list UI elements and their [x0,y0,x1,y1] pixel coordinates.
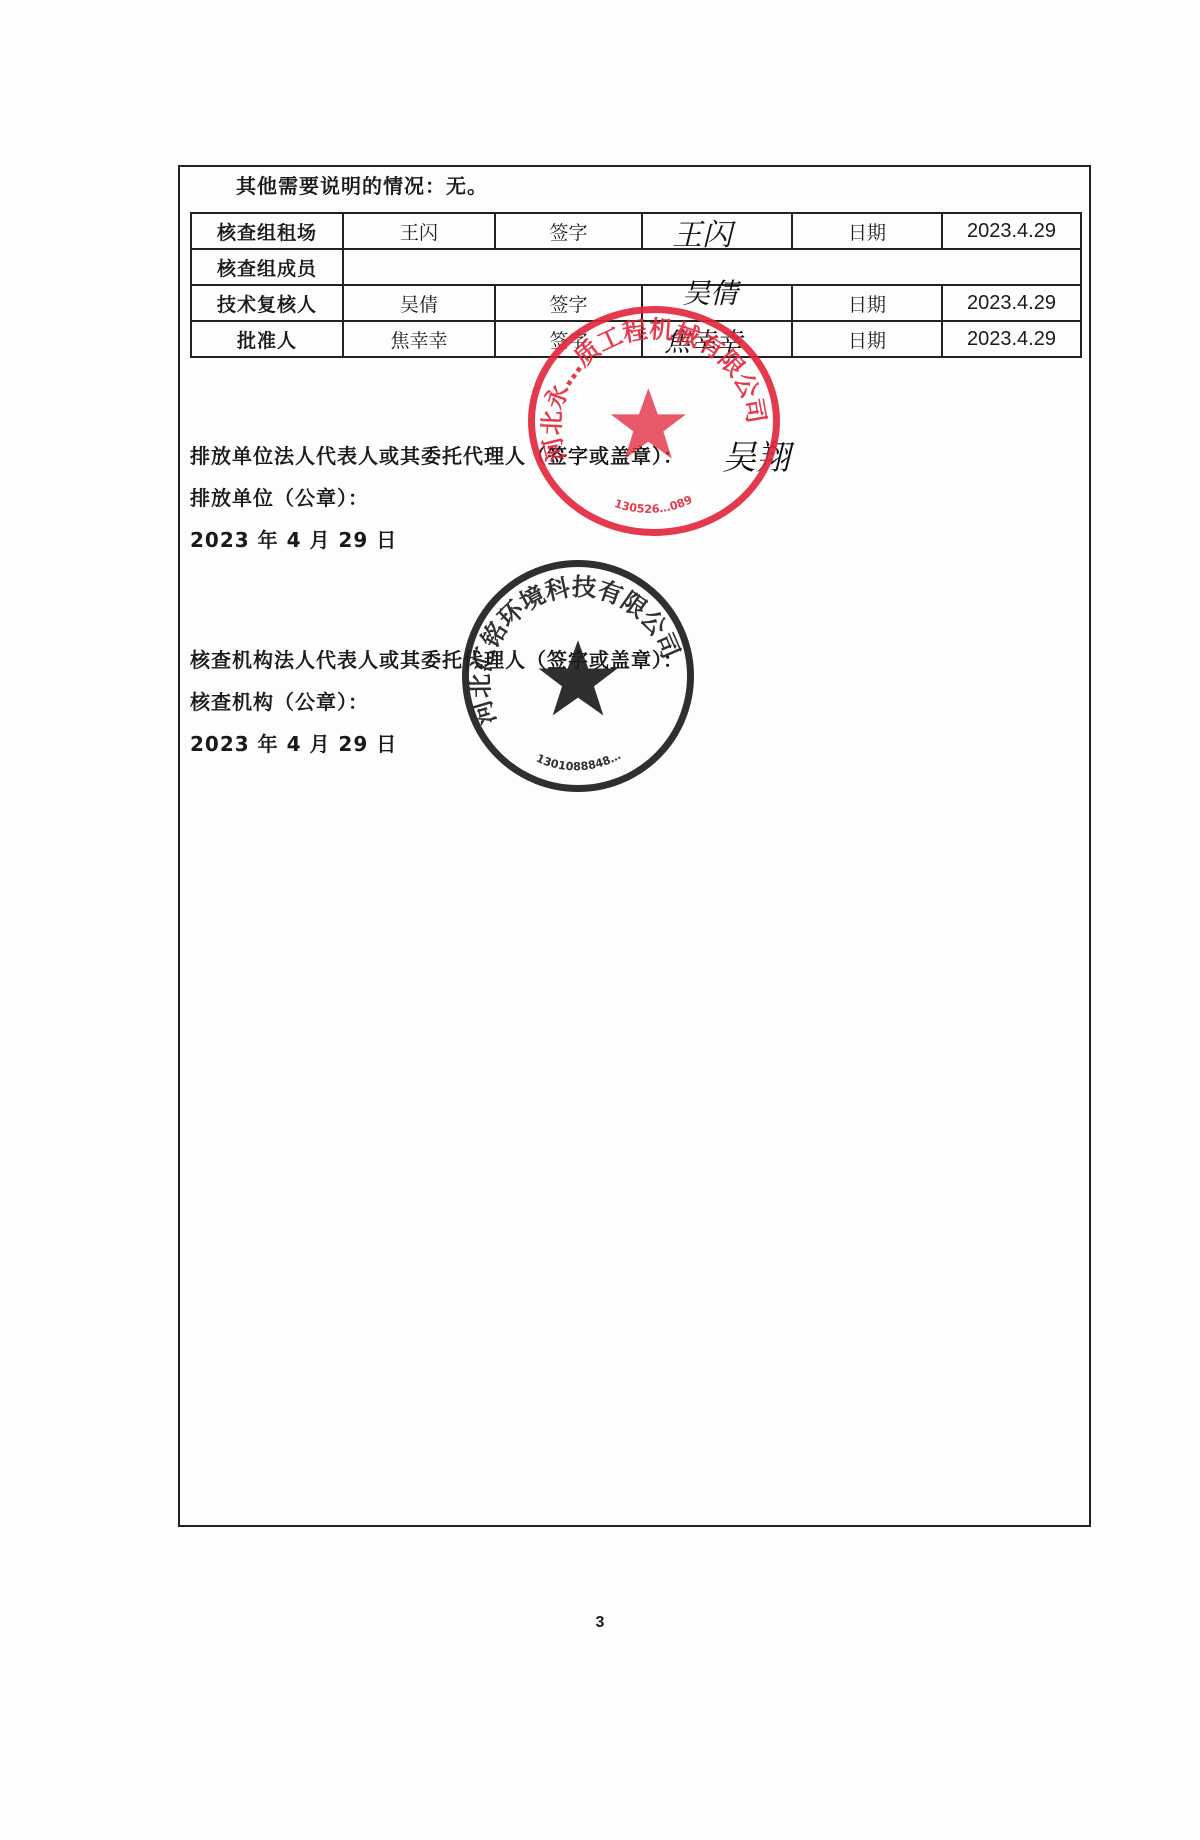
svg-text:130526…089: 130526…089 [613,493,695,516]
stamp-code: 130526…089 [613,493,695,516]
name-cell: 吴倩 [343,285,495,321]
role-cell: 核查组成员 [191,249,343,285]
stamp-code: 1301088848… [534,749,623,773]
emitter-seal-label: 排放单位（公章）： [190,482,369,511]
other-notes: 其他需要说明的情况：无。 [236,170,488,199]
verifier-seal-label: 核查机构（公章）： [190,686,369,715]
date-label: 日期 [792,285,942,321]
date-cell: 2023.4.29 [942,213,1081,249]
verifier-date: 2023 年 4 月 29 日 [190,728,397,757]
star-icon: 河北永…质工程机械有限公司 130526…089 [535,313,773,529]
role-cell: 批准人 [191,321,343,357]
role-cell: 核查组租场 [191,213,343,249]
date-label: 日期 [792,321,942,357]
page-number: 3 [0,1614,1200,1632]
date-cell: 2023.4.29 [942,285,1081,321]
svg-text:1301088848…: 1301088848… [534,749,623,773]
handwritten-signature: 王闪 [672,210,732,254]
role-cell: 技术复核人 [191,285,343,321]
table-row: 核查组租场 王闪 签字 日期 2023.4.29 [191,213,1081,249]
emitter-seal-stamp: 河北永…质工程机械有限公司 130526…089 [528,306,780,536]
name-cell: 王闪 [343,213,495,249]
signature-label: 签字 [495,213,642,249]
verifier-seal-stamp: 河北汇铭环境科技有限公司 1301088848… [462,560,694,792]
emitter-date: 2023 年 4 月 29 日 [190,524,397,553]
handwritten-signature: 吴倩 [682,272,738,312]
table-row: 核查组成员 [191,249,1081,285]
date-cell: 2023.4.29 [942,321,1081,357]
star-icon: 河北汇铭环境科技有限公司 1301088848… [469,567,687,785]
date-label: 日期 [792,213,942,249]
name-cell: 焦幸幸 [343,321,495,357]
